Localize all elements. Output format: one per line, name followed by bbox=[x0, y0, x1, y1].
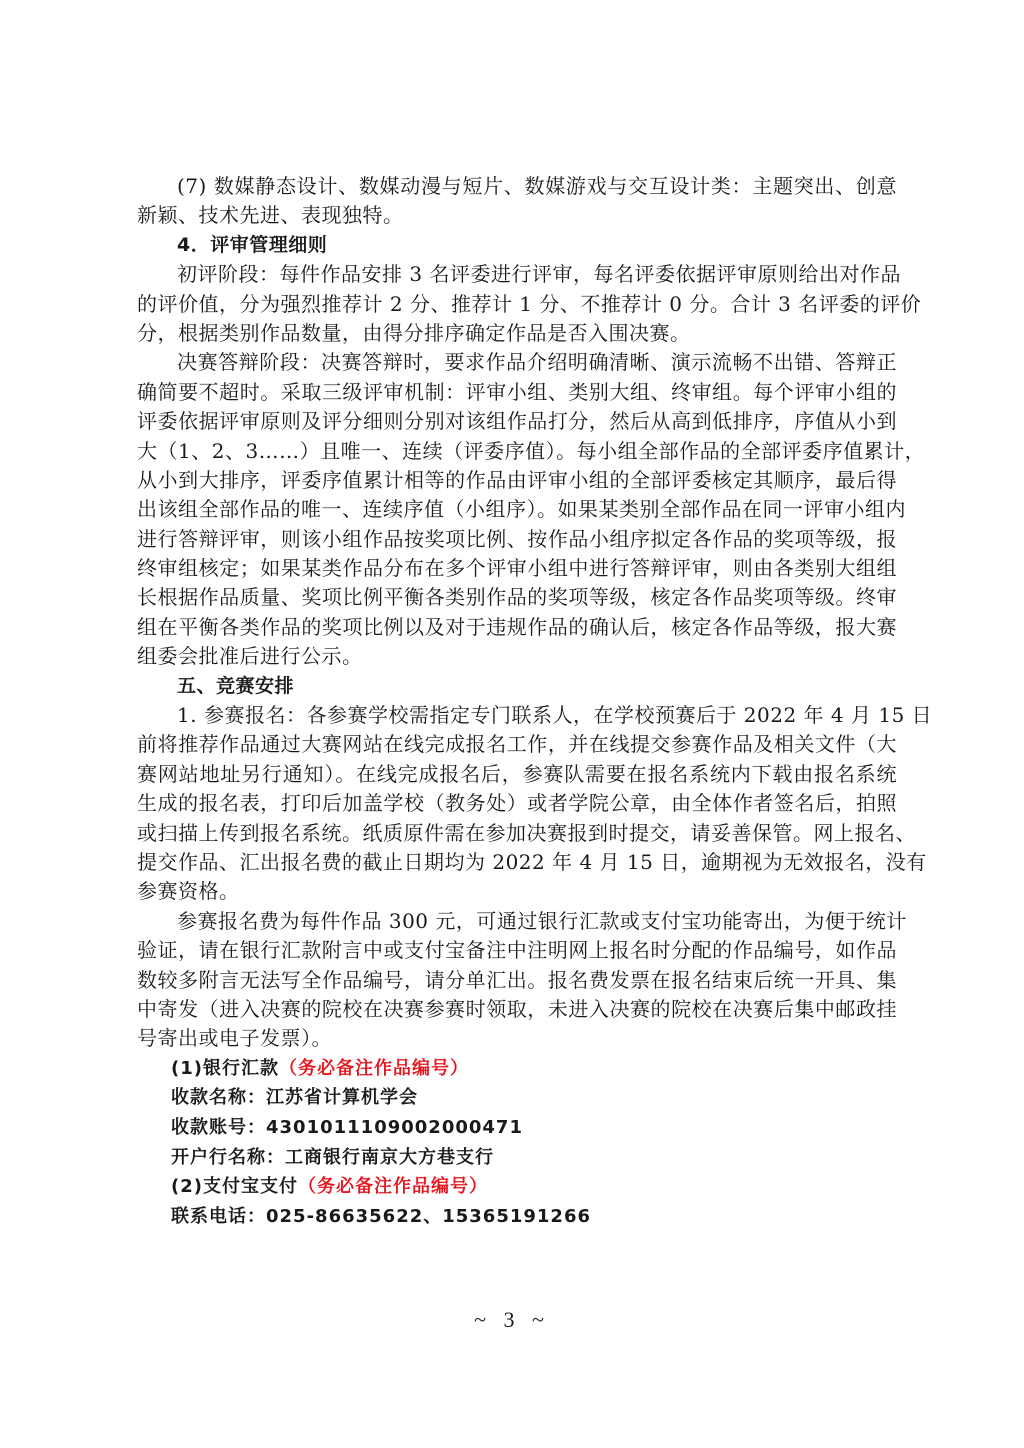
bank-name-label: 开户行名称： bbox=[171, 1147, 285, 1168]
text-line: 参赛报名费为每件作品 300 元，可通过银行汇款或支付宝功能寄出，为便于统计 bbox=[137, 907, 897, 936]
registration-fee-paragraph: 参赛报名费为每件作品 300 元，可通过银行汇款或支付宝功能寄出，为便于统计 验… bbox=[137, 907, 897, 1054]
text-line: 参赛资格。 bbox=[137, 877, 897, 906]
alipay-label: (2)支付宝支付 bbox=[171, 1176, 298, 1197]
preliminary-review-paragraph: 初评阶段：每件作品安排 3 名评委进行评审，每名评委依据评审原则给出对作品 的评… bbox=[137, 260, 897, 348]
text-line: 分，根据类别作品数量，由得分排序确定作品是否入围决赛。 bbox=[137, 319, 897, 348]
criteria-item-7: (7) 数媒静态设计、数媒动漫与短片、数媒游戏与交互设计类：主题突出、创意 新颖… bbox=[137, 172, 897, 231]
alipay-line: (2)支付宝支付（务必备注作品编号） bbox=[137, 1172, 897, 1202]
text-line: 从小到大排序，评委序值累计相等的作品由评审小组的全部评委核定其顺序，最后得 bbox=[137, 466, 897, 495]
document-page: (7) 数媒静态设计、数媒动漫与短片、数媒游戏与交互设计类：主题突出、创意 新颖… bbox=[137, 172, 897, 1231]
bank-transfer-note: （务必备注作品编号） bbox=[279, 1058, 469, 1079]
text-line: 长根据作品质量、奖项比例平衡各类别作品的奖项等级，核定各作品奖项等级。终审 bbox=[137, 583, 897, 612]
payment-details: (1)银行汇款（务必备注作品编号） 收款名称：江苏省计算机学会 收款账号：430… bbox=[137, 1054, 897, 1232]
text-line: 验证，请在银行汇款附言中或支付宝备注中注明网上报名时分配的作品编号，如作品 bbox=[137, 936, 897, 965]
text-line: 生成的报名表，打印后加盖学校（教务处）或者学院公章，由全体作者签名后，拍照 bbox=[137, 789, 897, 818]
registration-paragraph: 1. 参赛报名：各参赛学校需指定专门联系人，在学校预赛后于 2022 年 4 月… bbox=[137, 701, 897, 907]
bank-transfer-label: (1)银行汇款 bbox=[171, 1058, 279, 1079]
text-line: 提交作品、汇出报名费的截止日期均为 2022 年 4 月 15 日，逾期视为无效… bbox=[137, 848, 897, 877]
text-line: 组在平衡各类作品的奖项比例以及对于违规作品的确认后，核定各作品等级，报大赛 bbox=[137, 613, 897, 642]
final-defense-paragraph: 决赛答辩阶段：决赛答辩时，要求作品介绍明确清晰、演示流畅不出错、答辩正 确简要不… bbox=[137, 348, 897, 671]
contact-phone-value: 025-86635622、15365191266 bbox=[266, 1206, 591, 1227]
text-line: 确简要不超时。采取三级评审机制：评审小组、类别大组、终审组。每个评审小组的 bbox=[137, 378, 897, 407]
text-line: 的评价值，分为强烈推荐计 2 分、推荐计 1 分、不推荐计 0 分。合计 3 名… bbox=[137, 290, 897, 319]
text-line: 决赛答辩阶段：决赛答辩时，要求作品介绍明确清晰、演示流畅不出错、答辩正 bbox=[137, 348, 897, 377]
section-5-heading: 五、竞赛安排 bbox=[137, 672, 897, 701]
bank-name-line: 开户行名称：工商银行南京大方巷支行 bbox=[137, 1143, 897, 1173]
text-line: 中寄发（进入决赛的院校在决赛参赛时领取，未进入决赛的院校在决赛后集中邮政挂 bbox=[137, 995, 897, 1024]
text-line: 或扫描上传到报名系统。纸质原件需在参加决赛报到时提交，请妥善保管。网上报名、 bbox=[137, 819, 897, 848]
alipay-note: （务必备注作品编号） bbox=[298, 1176, 488, 1197]
bank-transfer-line: (1)银行汇款（务必备注作品编号） bbox=[137, 1054, 897, 1084]
text-line: 号寄出或电子发票）。 bbox=[137, 1024, 897, 1053]
text-line: 终审组核定；如果某类作品分布在多个评审小组中进行答辩评审，则由各类别大组组 bbox=[137, 554, 897, 583]
text-line: 初评阶段：每件作品安排 3 名评委进行评审，每名评委依据评审原则给出对作品 bbox=[137, 260, 897, 289]
text-line: 新颖、技术先进、表现独特。 bbox=[137, 201, 897, 230]
page-number: ~ 3 ~ bbox=[0, 1307, 1024, 1333]
text-line: 前将推荐作品通过大赛网站在线完成报名工作，并在线提交参赛作品及相关文件（大 bbox=[137, 730, 897, 759]
text-line: 数较多附言无法写全作品编号，请分单汇出。报名费发票在报名结束后统一开具、集 bbox=[137, 966, 897, 995]
text-line: 大（1、2、3……）且唯一、连续（评委序值）。每小组全部作品的全部评委序值累计， bbox=[137, 437, 897, 466]
text-line: 赛网站地址另行通知）。在线完成报名后，参赛队需要在报名系统内下载由报名系统 bbox=[137, 760, 897, 789]
contact-phone-line: 联系电话：025-86635622、15365191266 bbox=[137, 1202, 897, 1232]
account-number-label: 收款账号： bbox=[171, 1117, 266, 1138]
text-line: 1. 参赛报名：各参赛学校需指定专门联系人，在学校预赛后于 2022 年 4 月… bbox=[137, 701, 897, 730]
payee-name-label: 收款名称： bbox=[171, 1087, 266, 1108]
account-number-line: 收款账号：4301011109002000471 bbox=[137, 1113, 897, 1143]
bank-name-value: 工商银行南京大方巷支行 bbox=[285, 1147, 494, 1168]
payee-name-line: 收款名称：江苏省计算机学会 bbox=[137, 1083, 897, 1113]
text-line: 评委依据评审原则及评分细则分别对该组作品打分，然后从高到低排序，序值从小到 bbox=[137, 407, 897, 436]
text-line: 组委会批准后进行公示。 bbox=[137, 642, 897, 671]
contact-phone-label: 联系电话： bbox=[171, 1206, 266, 1227]
text-line: 出该组全部作品的唯一、连续序值（小组序）。如果某类别全部作品在同一评审小组内 bbox=[137, 495, 897, 524]
section-4-heading: 4．评审管理细则 bbox=[137, 231, 897, 260]
payee-name-value: 江苏省计算机学会 bbox=[266, 1087, 418, 1108]
text-line: 进行答辩评审，则该小组作品按奖项比例、按作品小组序拟定各作品的奖项等级，报 bbox=[137, 525, 897, 554]
text-line: (7) 数媒静态设计、数媒动漫与短片、数媒游戏与交互设计类：主题突出、创意 bbox=[137, 172, 897, 201]
account-number-value: 4301011109002000471 bbox=[266, 1117, 523, 1138]
